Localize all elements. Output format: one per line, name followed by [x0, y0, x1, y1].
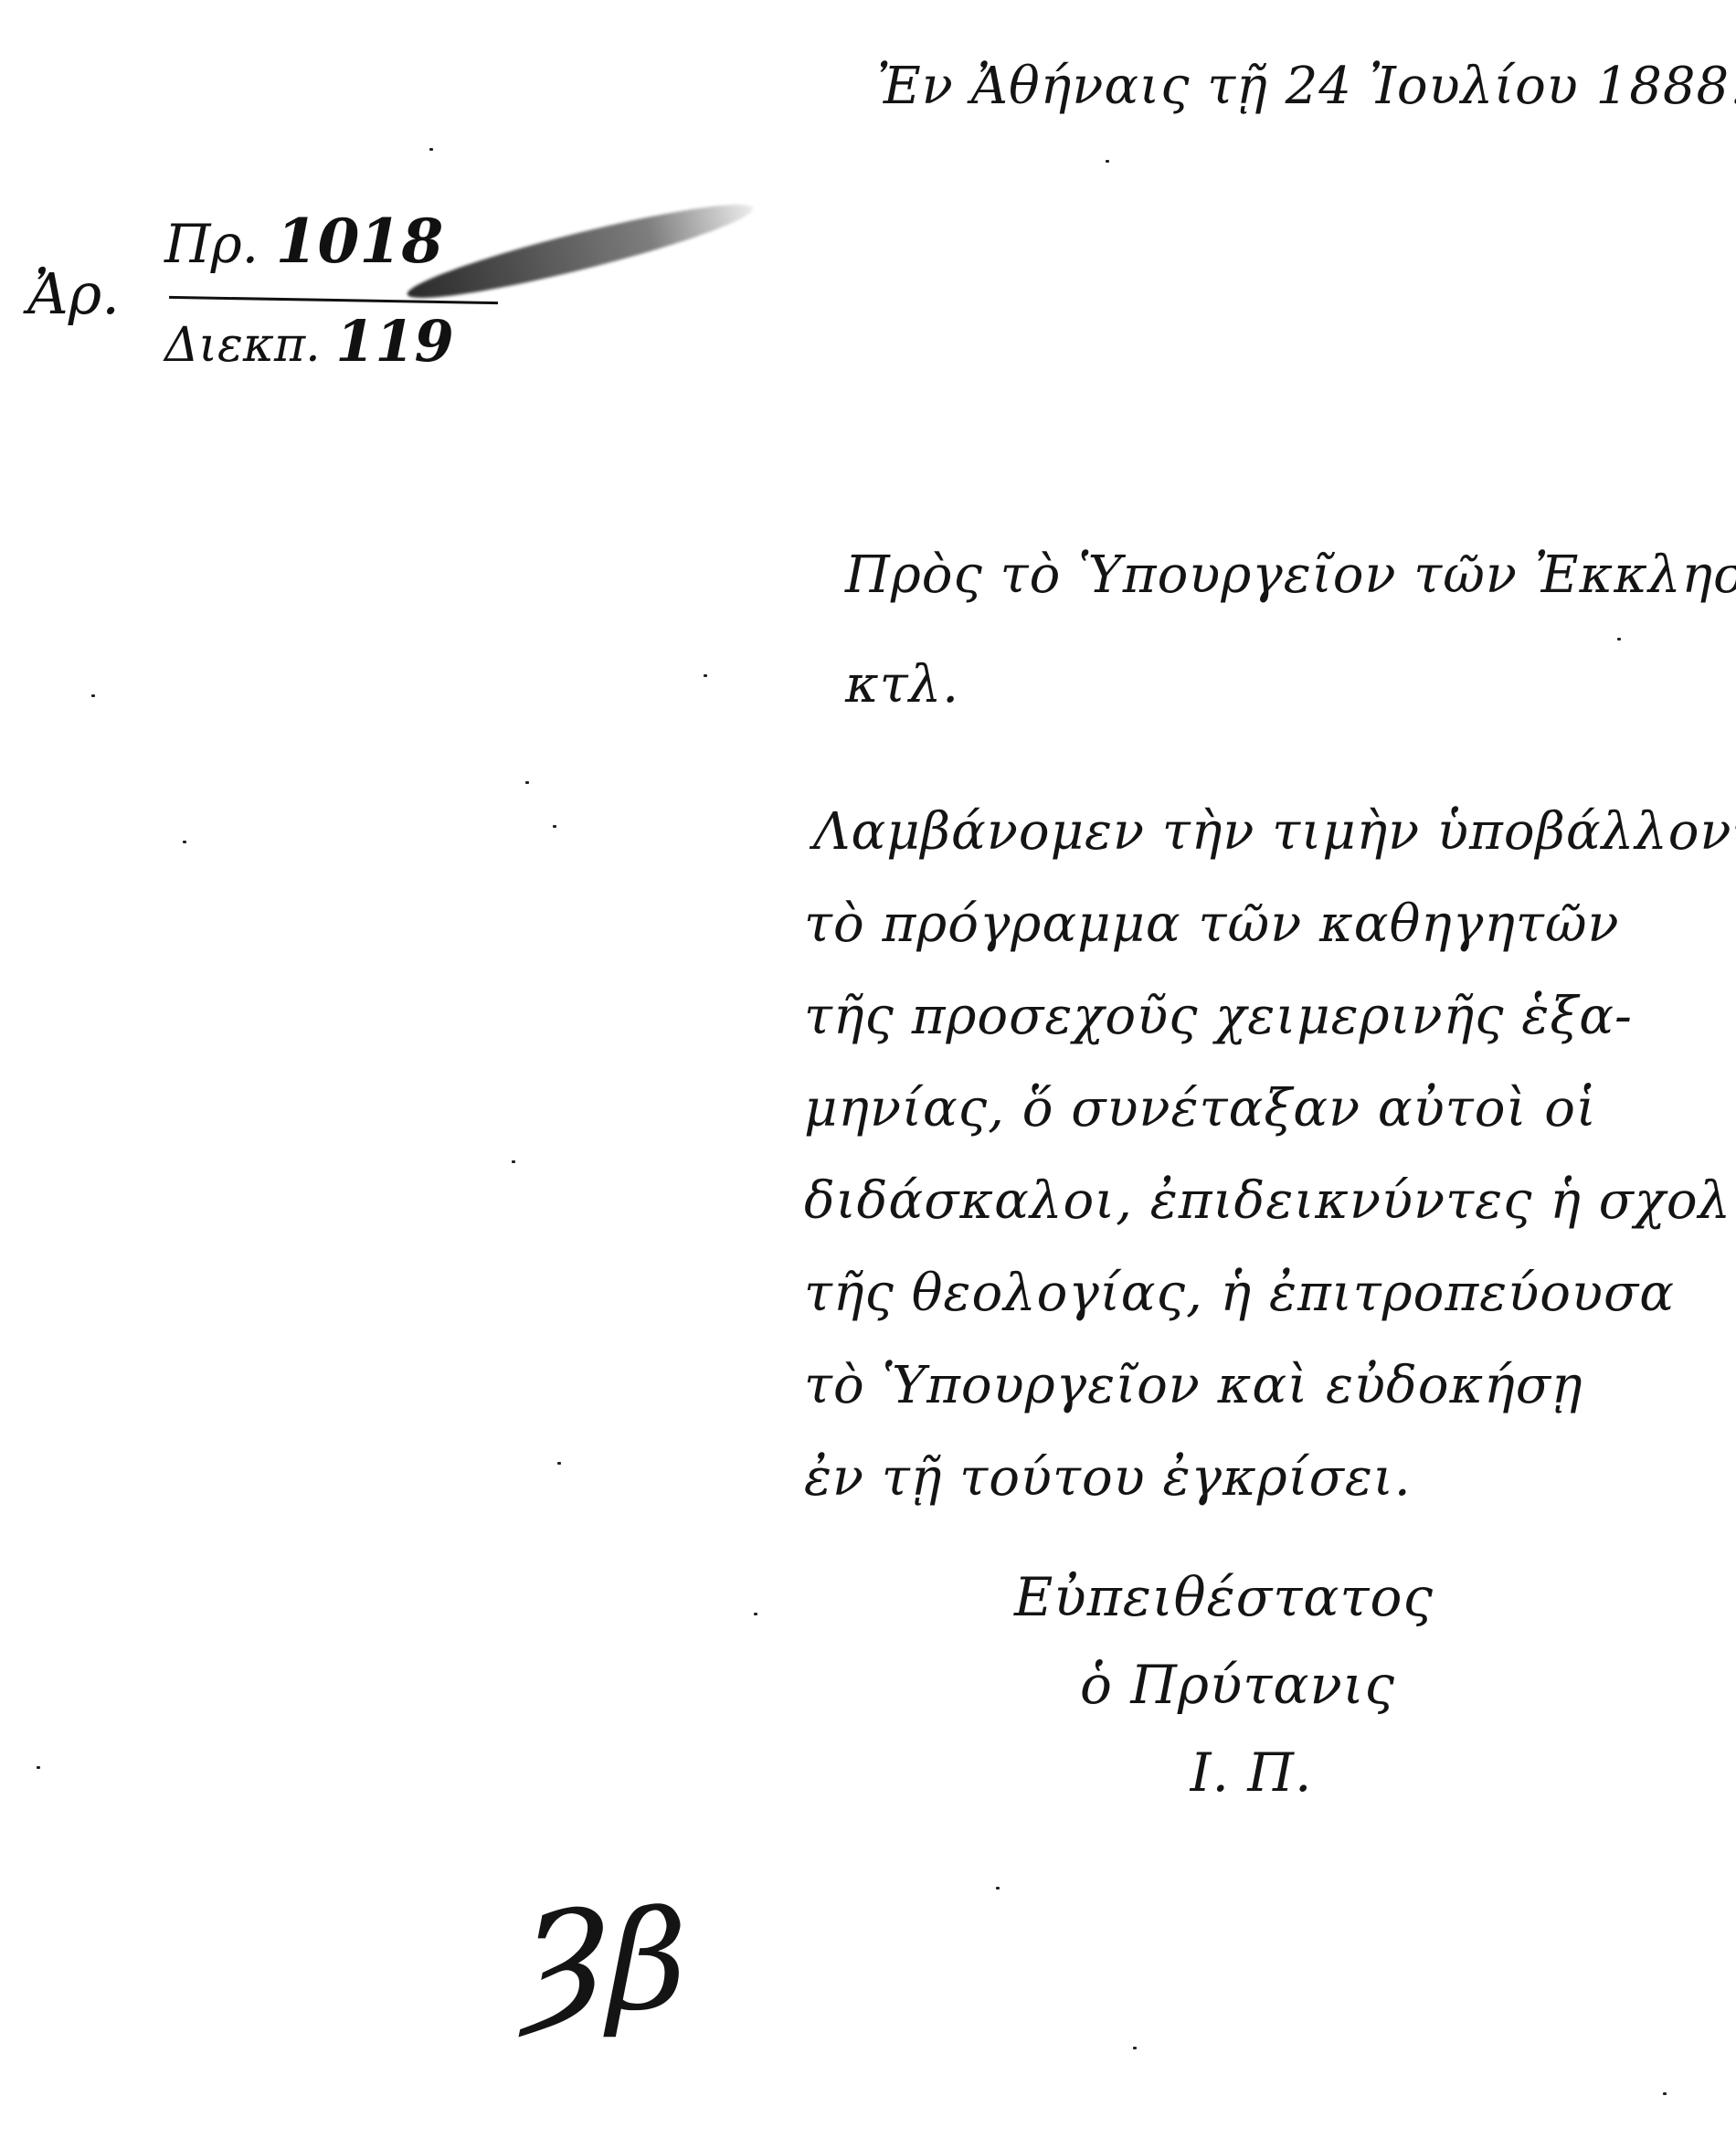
body-line: Λαμβάνομεν τὴν τιμὴν ὑποβάλλοντες: [813, 786, 1736, 878]
scan-speck: [91, 694, 95, 697]
dispatch-label: Διεκπ.: [164, 318, 321, 373]
body-line: διδάσκαλοι, ἐπιδεικνύντες ἡ σχολὴ: [804, 1155, 1736, 1247]
closing-signature: Εὐπειθέστατος ὁ Πρύτανις Ι. Π.: [1014, 1553, 1434, 1816]
signatory-initials: Ι. Π.: [1069, 1729, 1434, 1816]
body-line: μηνίας, ὅ συνέταξαν αὐτοὶ οἱ: [804, 1063, 1736, 1155]
scan-speck: [37, 1766, 40, 1769]
scan-speck: [1663, 2092, 1667, 2095]
scan-speck: [996, 1887, 1000, 1890]
scan-speck: [429, 148, 433, 151]
letter-body: Λαμβάνομεν τὴν τιμὴν ὑποβάλλοντες τὸ πρό…: [804, 786, 1736, 1524]
closing-salutation: Εὐπειθέστατος: [1014, 1553, 1434, 1641]
scan-speck: [525, 781, 529, 784]
scan-speck: [557, 1462, 561, 1465]
scan-speck: [1133, 2047, 1137, 2049]
body-line: τὸ πρόγραμμα τῶν καθηγητῶν: [804, 878, 1736, 970]
scan-speck: [1617, 638, 1621, 640]
body-line: τὸ Ὑπουργεῖον καὶ εὐδοκήσῃ: [804, 1339, 1736, 1432]
body-line: τῆς προσεχοῦς χειμερινῆς ἑξα-: [804, 970, 1736, 1063]
scan-speck: [754, 1613, 757, 1615]
body-line: ἐν τῇ τούτου ἐγκρίσει.: [804, 1432, 1736, 1524]
margin-mark: Ȝβ: [521, 1882, 688, 2041]
protocol-label: Πρ.: [164, 213, 259, 275]
reference-prefix: Ἀρ.: [27, 260, 120, 327]
date-line: Ἐν Ἀθήναις τῇ 24 Ἰουλίου 1888.: [877, 57, 1736, 116]
scan-speck: [512, 1160, 515, 1163]
addressee: Πρὸς τὸ Ὑπουργεῖον τῶν Ἐκκλησιαστικῶν κτ…: [845, 521, 1736, 740]
scan-speck: [553, 825, 556, 828]
body-line: τῆς θεολογίας, ἡ ἐπιτροπεύουσα: [804, 1247, 1736, 1339]
scan-speck: [183, 841, 186, 843]
addressee-line: κτλ.: [845, 630, 1736, 740]
protocol-number: Πρ. 1018: [164, 206, 443, 277]
protocol-value: 1018: [276, 206, 444, 277]
scan-speck: [704, 674, 707, 677]
addressee-line: Πρὸς τὸ Ὑπουργεῖον τῶν Ἐκκλησιαστικῶν: [845, 521, 1736, 630]
signatory-title: ὁ Πρύτανις: [1042, 1641, 1434, 1729]
scan-speck: [1106, 160, 1109, 163]
fraction-divider: [169, 296, 498, 304]
dispatch-number: Διεκπ. 119: [164, 308, 454, 375]
dispatch-value: 119: [335, 308, 453, 375]
